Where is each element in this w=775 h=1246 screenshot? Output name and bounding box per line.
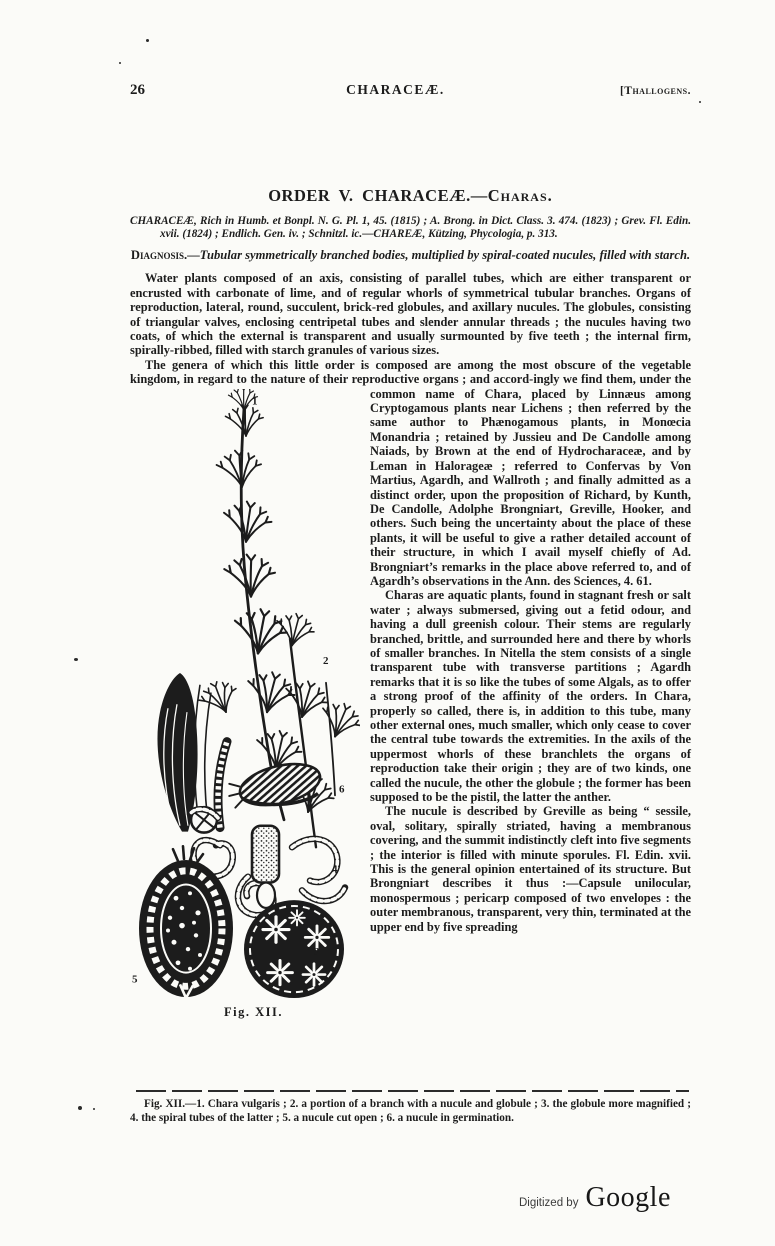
- scan-speck: [146, 39, 149, 42]
- scanned-book-page: 26 CHARACEÆ. [Thallogens. ORDER V. CHARA…: [0, 0, 775, 1246]
- running-title: CHARACEÆ.: [210, 82, 581, 98]
- google-wordmark: Google: [585, 1184, 670, 1212]
- scan-speck: [78, 1106, 82, 1110]
- globule-magnified: [244, 900, 344, 998]
- scan-speck: [74, 658, 78, 661]
- figure-footnote: Fig. XII.—1. Chara vulgaris ; 2. a porti…: [130, 1098, 691, 1125]
- digitized-by-label: Digitized by: [519, 1197, 578, 1209]
- page-number: 26: [130, 82, 210, 99]
- figure-plate: 1 2 6 4 3 5 Fig. XII.: [130, 389, 362, 1019]
- sporule-cylinder: [252, 825, 279, 907]
- figure-label-3: 3: [314, 946, 320, 958]
- figure-label-4: 4: [332, 863, 338, 875]
- order-heading-main: ORDER V. CHARACEÆ.—: [268, 186, 488, 205]
- leaf-blade: [157, 673, 227, 832]
- text-column: ORDER V. CHARACEÆ.—Charas. CHARACEÆ, Ric…: [130, 186, 691, 1019]
- paragraph-1: Water plants composed of an axis, consis…: [130, 271, 691, 357]
- google-imprint: Digitized by Google: [519, 1184, 671, 1212]
- footnote-rule: [136, 1090, 689, 1092]
- figure-illustration: 1 2 6 4 3 5: [130, 389, 360, 1001]
- paragraph-2-rest: ingly we find them, under the common nam…: [370, 372, 691, 588]
- scan-speck: [699, 101, 701, 103]
- scan-speck: [119, 62, 121, 64]
- diagnosis-label: Diagnosis.—: [131, 248, 200, 262]
- running-header: 26 CHARACEÆ. [Thallogens.: [130, 82, 691, 99]
- footnote-block: Fig. XII.—1. Chara vulgaris ; 2. a porti…: [130, 1090, 691, 1125]
- scan-speck: [93, 1108, 95, 1110]
- figure-label-2: 2: [323, 655, 328, 667]
- nucule-cut-open: [139, 846, 233, 998]
- order-heading-sub: Charas.: [488, 186, 553, 205]
- paragraph-2: The genera of which this little order is…: [130, 358, 691, 589]
- diagnosis-text: Tubular symmetrically branched bodies, m…: [200, 248, 690, 262]
- figure-label-6: 6: [339, 783, 345, 795]
- order-heading: ORDER V. CHARACEÆ.—Charas.: [130, 186, 691, 206]
- synonymy-citation: CHARACEÆ, Rich in Humb. et Bonpl. N. G. …: [130, 215, 691, 241]
- diagnosis: Diagnosis.—Tubular symmetrically branche…: [130, 248, 691, 263]
- figure-caption: Fig. XII.: [130, 1005, 362, 1019]
- figure-label-5: 5: [132, 973, 138, 985]
- section-tag: [Thallogens.: [581, 85, 691, 97]
- figure-label-1: 1: [252, 395, 257, 407]
